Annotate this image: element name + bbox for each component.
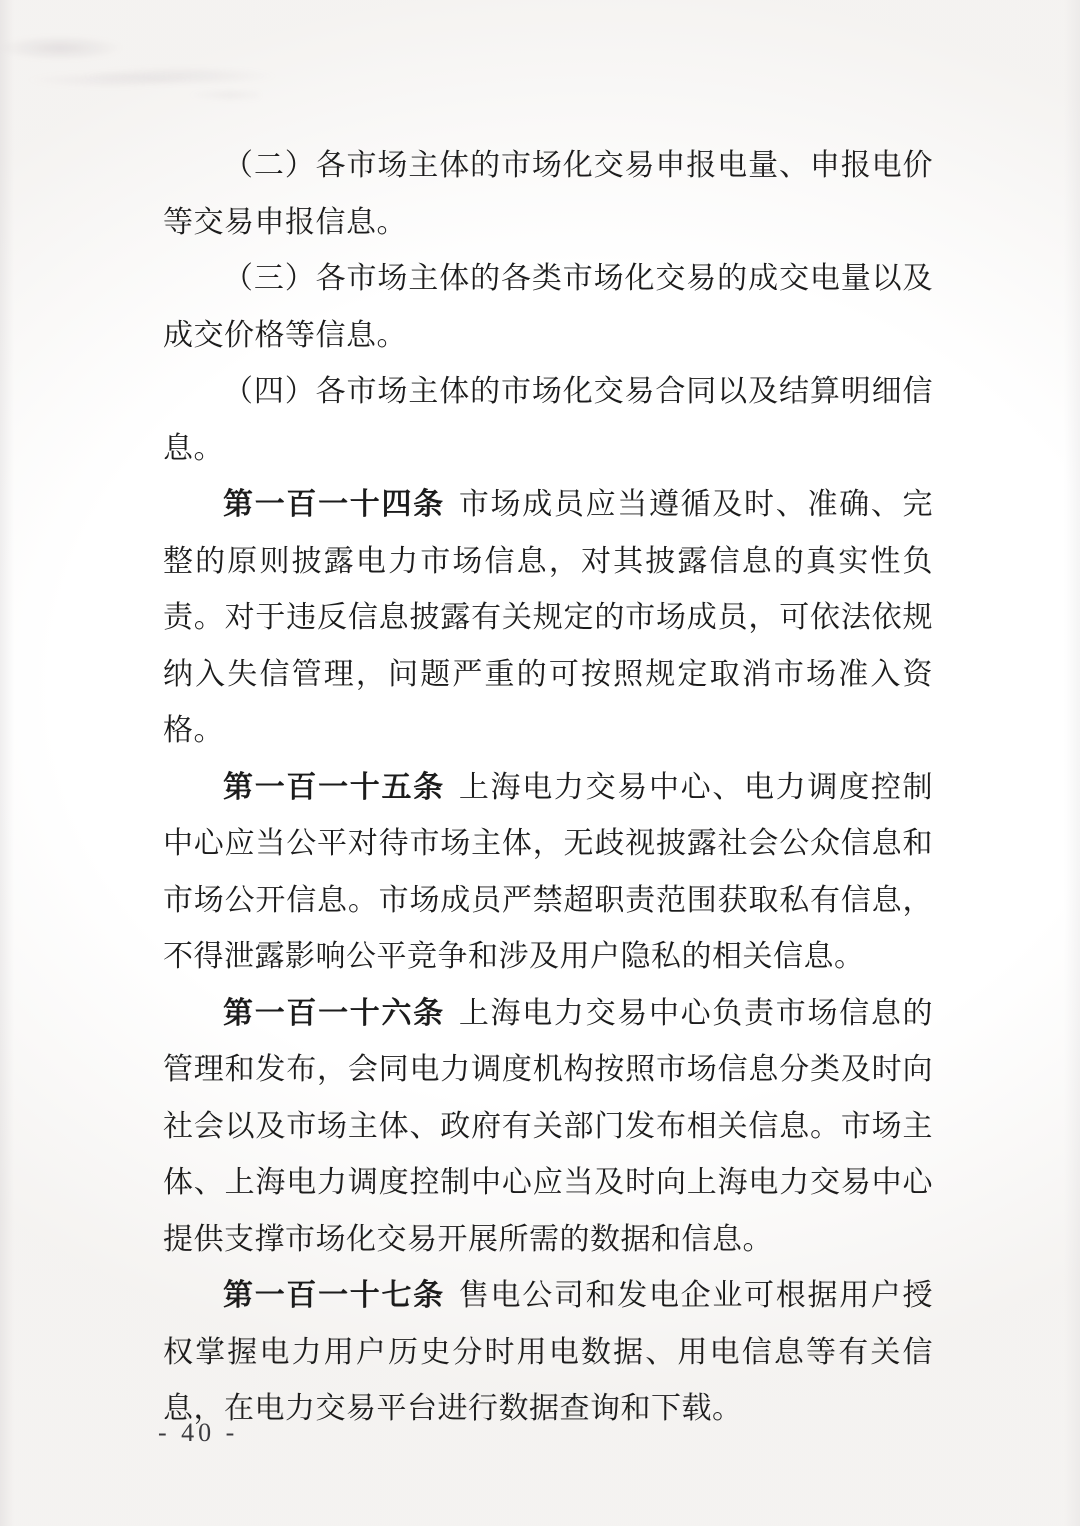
scan-edge-shadow [0, 0, 14, 1526]
paragraph-item-4: （四）各市场主体的市场化交易合同以及结算明细信息。 [163, 364, 933, 477]
paragraph-article-115: 第一百一十五条上海电力交易中心、电力调度控制中心应当公平对待市场主体，无歧视披露… [163, 760, 933, 986]
article-number: 第一百一十七条 [223, 1279, 445, 1312]
paragraph-text: （三）各市场主体的各类市场化交易的成交电量以及成交价格等信息。 [163, 262, 933, 352]
document-body: （二）各市场主体的市场化交易申报电量、申报电价等交易申报信息。 （三）各市场主体… [163, 138, 933, 1438]
paragraph-article-117: 第一百一十七条售电公司和发电企业可根据用户授权掌握电力用户历史分时用电数据、用电… [163, 1268, 933, 1438]
paragraph-item-2: （二）各市场主体的市场化交易申报电量、申报电价等交易申报信息。 [163, 138, 933, 251]
document-page: （二）各市场主体的市场化交易申报电量、申报电价等交易申报信息。 （三）各市场主体… [0, 0, 1080, 1526]
paragraph-text: 市场成员应当遵循及时、准确、完整的原则披露电力市场信息，对其披露信息的真实性负责… [163, 488, 933, 747]
paragraph-article-114: 第一百一十四条市场成员应当遵循及时、准确、完整的原则披露电力市场信息，对其披露信… [163, 477, 933, 760]
scan-smudge [0, 55, 260, 115]
article-number: 第一百一十四条 [223, 488, 445, 521]
paragraph-text: （二）各市场主体的市场化交易申报电量、申报电价等交易申报信息。 [163, 149, 933, 239]
article-number: 第一百一十六条 [223, 997, 445, 1030]
article-number: 第一百一十五条 [223, 771, 445, 804]
paragraph-item-3: （三）各市场主体的各类市场化交易的成交电量以及成交价格等信息。 [163, 251, 933, 364]
paragraph-text: （四）各市场主体的市场化交易合同以及结算明细信息。 [163, 375, 933, 465]
scan-edge-shadow [1064, 0, 1080, 1526]
page-number: - 40 - [158, 1418, 238, 1448]
paragraph-text: 上海电力交易中心负责市场信息的管理和发布，会同电力调度机构按照市场信息分类及时向… [163, 997, 933, 1256]
paragraph-article-116: 第一百一十六条上海电力交易中心负责市场信息的管理和发布，会同电力调度机构按照市场… [163, 986, 933, 1269]
